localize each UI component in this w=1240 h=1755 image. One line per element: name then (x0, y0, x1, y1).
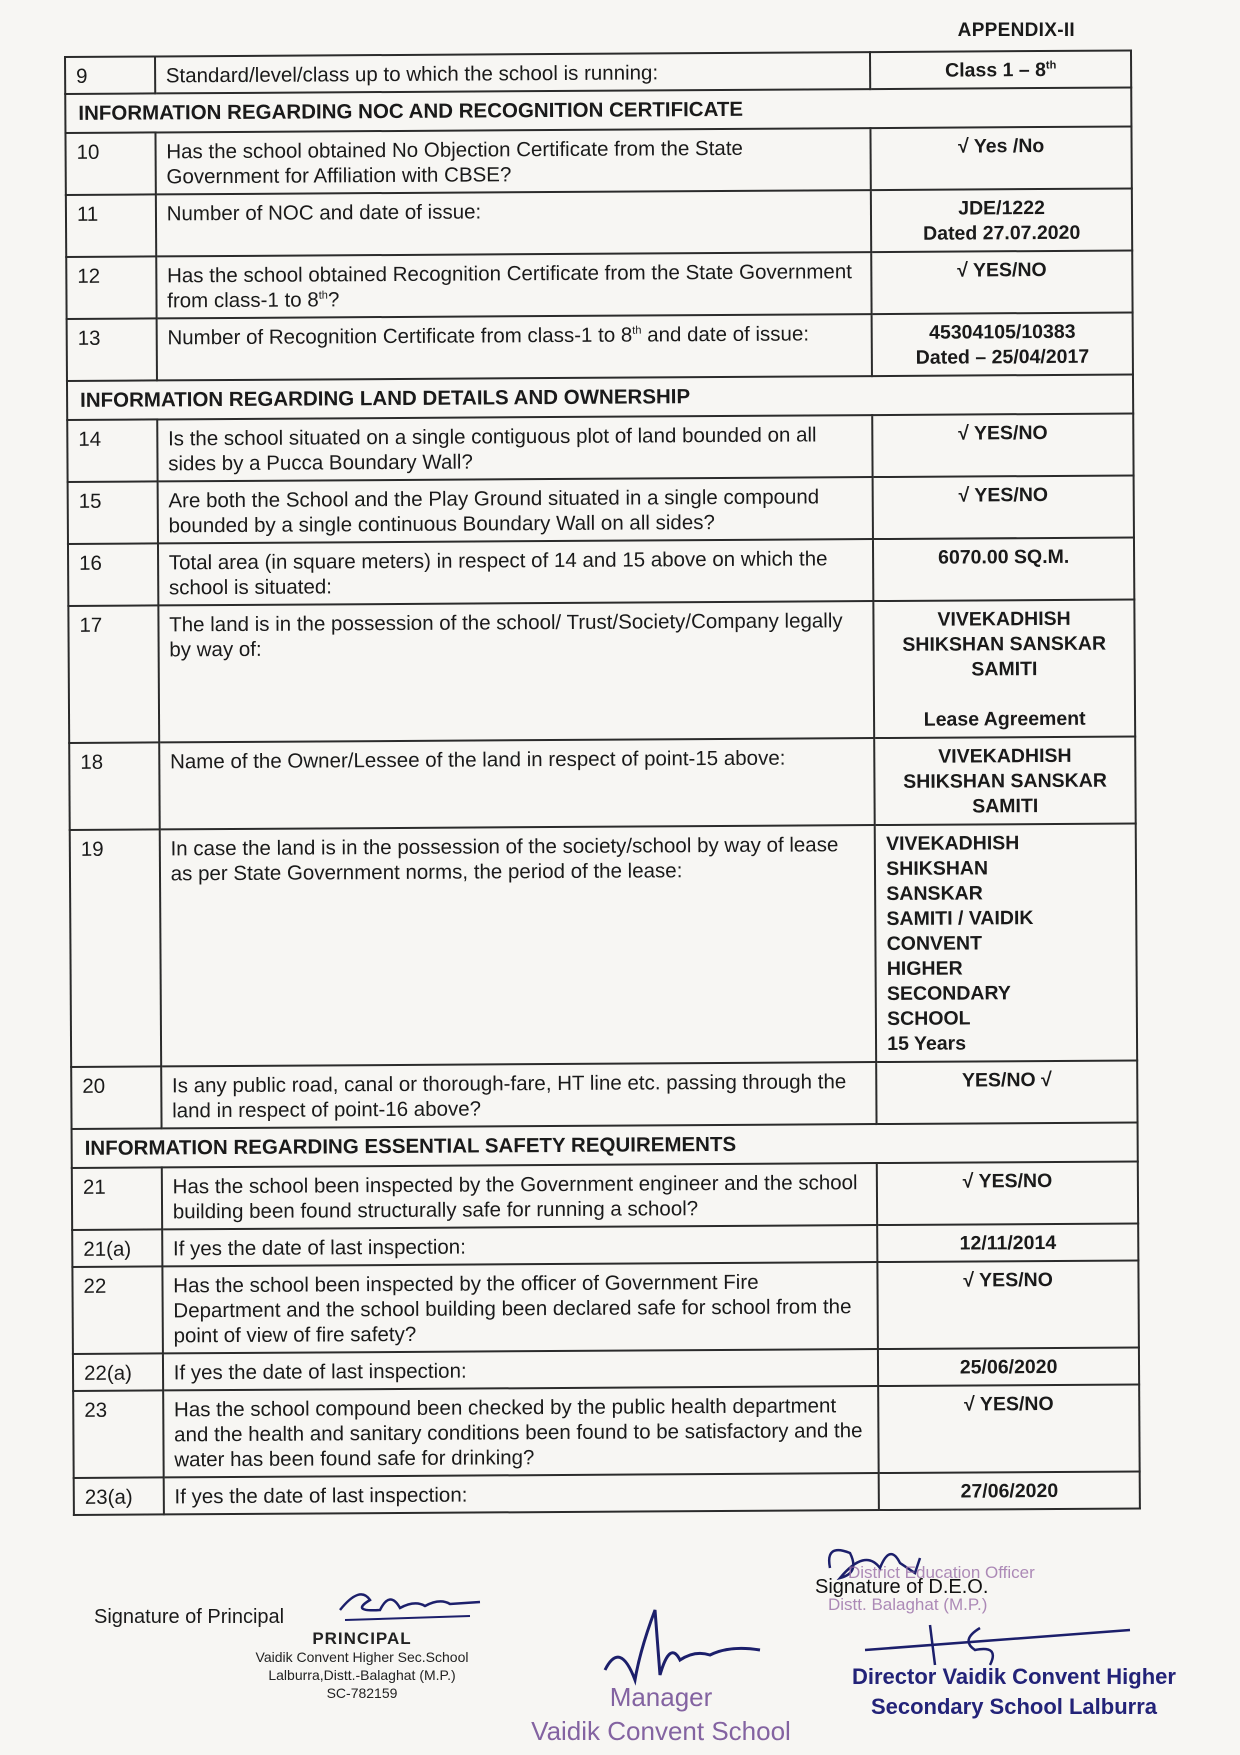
answer-line: √ Yes /No (882, 134, 1121, 160)
answer-line: VIVEKADHISH (885, 744, 1124, 770)
answer-line: SHIKSHAN (886, 856, 1125, 882)
answer-line: √ YES/NO (889, 1392, 1128, 1418)
manager-stamp: Manager Vaidik Convent School (496, 1680, 826, 1748)
answer-line: VIVEKADHISH (886, 831, 1125, 857)
principal-signature-icon (330, 1580, 490, 1630)
answer-line: Lease Agreement (885, 707, 1124, 733)
item-question: Total area (in square meters) in respect… (158, 539, 874, 605)
item-number: 21(a) (72, 1229, 162, 1267)
item-answer: JDE/1222Dated 27.07.2020 (871, 188, 1132, 252)
item-answer: √ YES/NO (878, 1384, 1139, 1473)
item-question: If yes the date of last inspection: (163, 1473, 879, 1514)
section-title: INFORMATION REGARDING LAND DETAILS AND O… (67, 374, 1133, 420)
table-row: 23(a)If yes the date of last inspection:… (74, 1471, 1140, 1515)
answer-line: 6070.00 SQ.M. (884, 545, 1123, 571)
item-number: 13 (67, 318, 157, 381)
answer-line: √ YES/NO (884, 483, 1123, 509)
section-title: INFORMATION REGARDING ESSENTIAL SAFETY R… (72, 1122, 1138, 1168)
answer-line: 45304105/10383 (883, 320, 1122, 346)
item-answer: √ YES/NO (871, 250, 1132, 314)
table-row: 14Is the school situated on a single con… (67, 413, 1133, 482)
item-question: Is the school situated on a single conti… (157, 415, 873, 481)
item-question: Number of Recognition Certificate from c… (156, 314, 872, 380)
section-header-row: INFORMATION REGARDING NOC AND RECOGNITIO… (65, 87, 1131, 133)
answer-line: HIGHER (887, 956, 1126, 982)
item-question: In case the land is in the possession of… (159, 825, 876, 1066)
director-stamp-line: Director Vaidik Convent Higher (852, 1662, 1176, 1692)
item-number: 11 (66, 194, 156, 257)
item-question: Has the school compound been checked by … (163, 1386, 879, 1477)
item-answer: √ Yes /No (871, 126, 1132, 190)
answer-line: 12/11/2014 (888, 1231, 1127, 1257)
answer-line: VIVEKADHISH (885, 607, 1124, 633)
item-question: Has the school obtained No Objection Cer… (155, 128, 871, 194)
item-number: 23(a) (74, 1477, 164, 1515)
answer-line: 15 Years (887, 1031, 1126, 1057)
director-stamp-line: Secondary School Lalburra (852, 1692, 1176, 1722)
answer-line: SCHOOL (887, 1006, 1126, 1032)
answer-line: SHIKSHAN SANSKAR (885, 632, 1124, 658)
answer-line: YES/NO √ (887, 1068, 1126, 1094)
item-number: 16 (68, 543, 158, 606)
item-number: 14 (67, 419, 157, 482)
table-row: 12Has the school obtained Recognition Ce… (66, 250, 1132, 319)
table-row: 11Number of NOC and date of issue:JDE/12… (66, 188, 1132, 257)
item-question: Standard/level/class up to which the sch… (155, 52, 871, 93)
answer-line: √ YES/NO (882, 258, 1121, 284)
item-answer: VIVEKADHISHSHIKSHAN SANSKARSAMITI Lease … (874, 599, 1136, 738)
item-number: 22(a) (73, 1353, 163, 1391)
item-question: Number of NOC and date of issue: (156, 190, 872, 256)
table-row: 15Are both the School and the Play Groun… (68, 475, 1134, 544)
item-answer: 12/11/2014 (877, 1223, 1138, 1262)
section-header-row: INFORMATION REGARDING ESSENTIAL SAFETY R… (72, 1122, 1138, 1168)
principal-stamp-title: PRINCIPAL (232, 1630, 492, 1648)
item-question: The land is in the possession of the sch… (158, 601, 874, 742)
answer-line: √ YES/NO (888, 1169, 1127, 1195)
item-question: If yes the date of last inspection: (162, 1225, 878, 1266)
table-row: 20Is any public road, canal or thorough-… (71, 1060, 1137, 1129)
item-question: Are both the School and the Play Ground … (157, 477, 873, 543)
table-row: 21Has the school been inspected by the G… (72, 1161, 1138, 1230)
item-answer: VIVEKADHISHSHIKSHANSANSKARSAMITI / VAIDI… (875, 823, 1137, 1062)
item-number: 20 (71, 1066, 161, 1129)
answer-line (885, 682, 1124, 708)
answer-line: SAMITI / VAIDIK (886, 906, 1125, 932)
section-header-row: INFORMATION REGARDING LAND DETAILS AND O… (67, 374, 1133, 420)
answer-line: Dated 27.07.2020 (882, 221, 1121, 247)
answer-line: 27/06/2020 (890, 1479, 1129, 1505)
table-row: 22Has the school been inspected by the o… (72, 1260, 1139, 1354)
answer-line: Class 1 – 8th (881, 58, 1120, 84)
document-page: APPENDIX-II 9Standard/level/class up to … (0, 0, 1240, 1755)
item-answer: 25/06/2020 (878, 1347, 1139, 1386)
table-row: 13Number of Recognition Certificate from… (67, 312, 1133, 381)
item-number: 12 (66, 256, 156, 319)
table-row: 17The land is in the possession of the s… (68, 599, 1135, 743)
item-question: If yes the date of last inspection: (163, 1349, 879, 1390)
item-answer: √ YES/NO (878, 1260, 1139, 1349)
section-title: INFORMATION REGARDING NOC AND RECOGNITIO… (65, 87, 1131, 133)
item-answer: VIVEKADHISHSHIKSHAN SANSKARSAMITI (874, 736, 1135, 825)
principal-stamp-line: Lalburra,Distt.-Balaghat (M.P.) (232, 1666, 492, 1684)
answer-line: CONVENT (887, 931, 1126, 957)
answer-line: √ YES/NO (889, 1268, 1128, 1294)
table-row: 10Has the school obtained No Objection C… (65, 126, 1131, 195)
item-number: 22 (72, 1266, 162, 1354)
principal-stamp: PRINCIPAL Vaidik Convent Higher Sec.Scho… (232, 1630, 492, 1702)
item-question: Has the school obtained Recognition Cert… (156, 252, 872, 318)
table-row: 23Has the school compound been checked b… (73, 1384, 1140, 1478)
item-answer: YES/NO √ (876, 1060, 1137, 1124)
deo-signature-label: Signature of D.E.O. (815, 1576, 988, 1599)
answer-line: √ YES/NO (883, 421, 1122, 447)
answer-line: SANSKAR (886, 881, 1125, 907)
item-question: Is any public road, canal or thorough-fa… (161, 1062, 877, 1128)
answer-line: SAMITI (885, 657, 1124, 683)
manager-stamp-title: Manager (496, 1680, 826, 1714)
director-stamp: Director Vaidik Convent Higher Secondary… (852, 1662, 1176, 1722)
table-row: 18Name of the Owner/Lessee of the land i… (69, 736, 1136, 830)
school-information-form-table: 9Standard/level/class up to which the sc… (64, 49, 1141, 1515)
item-answer: √ YES/NO (877, 1161, 1138, 1225)
item-number: 10 (65, 132, 155, 195)
answer-line: JDE/1222 (882, 196, 1121, 222)
item-number: 15 (68, 481, 158, 544)
item-answer: √ YES/NO (872, 413, 1133, 477)
principal-signature-label: Signature of Principal (94, 1606, 284, 1629)
appendix-label: APPENDIX-II (958, 20, 1075, 42)
item-number: 17 (68, 605, 159, 743)
manager-stamp-line: Vaidik Convent School (496, 1714, 826, 1748)
item-answer: 27/06/2020 (879, 1471, 1140, 1510)
principal-stamp-line: Vaidik Convent Higher Sec.School (232, 1648, 492, 1666)
answer-line: 25/06/2020 (889, 1355, 1128, 1381)
manager-signature-icon (600, 1600, 770, 1690)
item-answer: 45304105/10383Dated – 25/04/2017 (872, 312, 1133, 376)
item-number: 21 (72, 1167, 162, 1230)
item-number: 23 (73, 1390, 163, 1478)
item-question: Has the school been inspected by the off… (162, 1262, 878, 1353)
answer-line: SAMITI (886, 794, 1125, 820)
item-question: Name of the Owner/Lessee of the land in … (159, 738, 875, 829)
answer-line: SHIKSHAN SANSKAR (886, 769, 1125, 795)
table-row: 19In case the land is in the possession … (70, 823, 1137, 1067)
item-answer: √ YES/NO (873, 475, 1134, 539)
answer-line: SECONDARY (887, 981, 1126, 1007)
item-number: 19 (70, 829, 161, 1067)
answer-line: Dated – 25/04/2017 (883, 345, 1122, 371)
principal-stamp-line: SC-782159 (232, 1684, 492, 1702)
item-number: 9 (65, 56, 155, 94)
item-answer: Class 1 – 8th (870, 50, 1131, 89)
item-answer: 6070.00 SQ.M. (873, 537, 1134, 601)
item-question: Has the school been inspected by the Gov… (162, 1163, 878, 1229)
table-row: 16Total area (in square meters) in respe… (68, 537, 1134, 606)
item-number: 18 (69, 742, 159, 830)
